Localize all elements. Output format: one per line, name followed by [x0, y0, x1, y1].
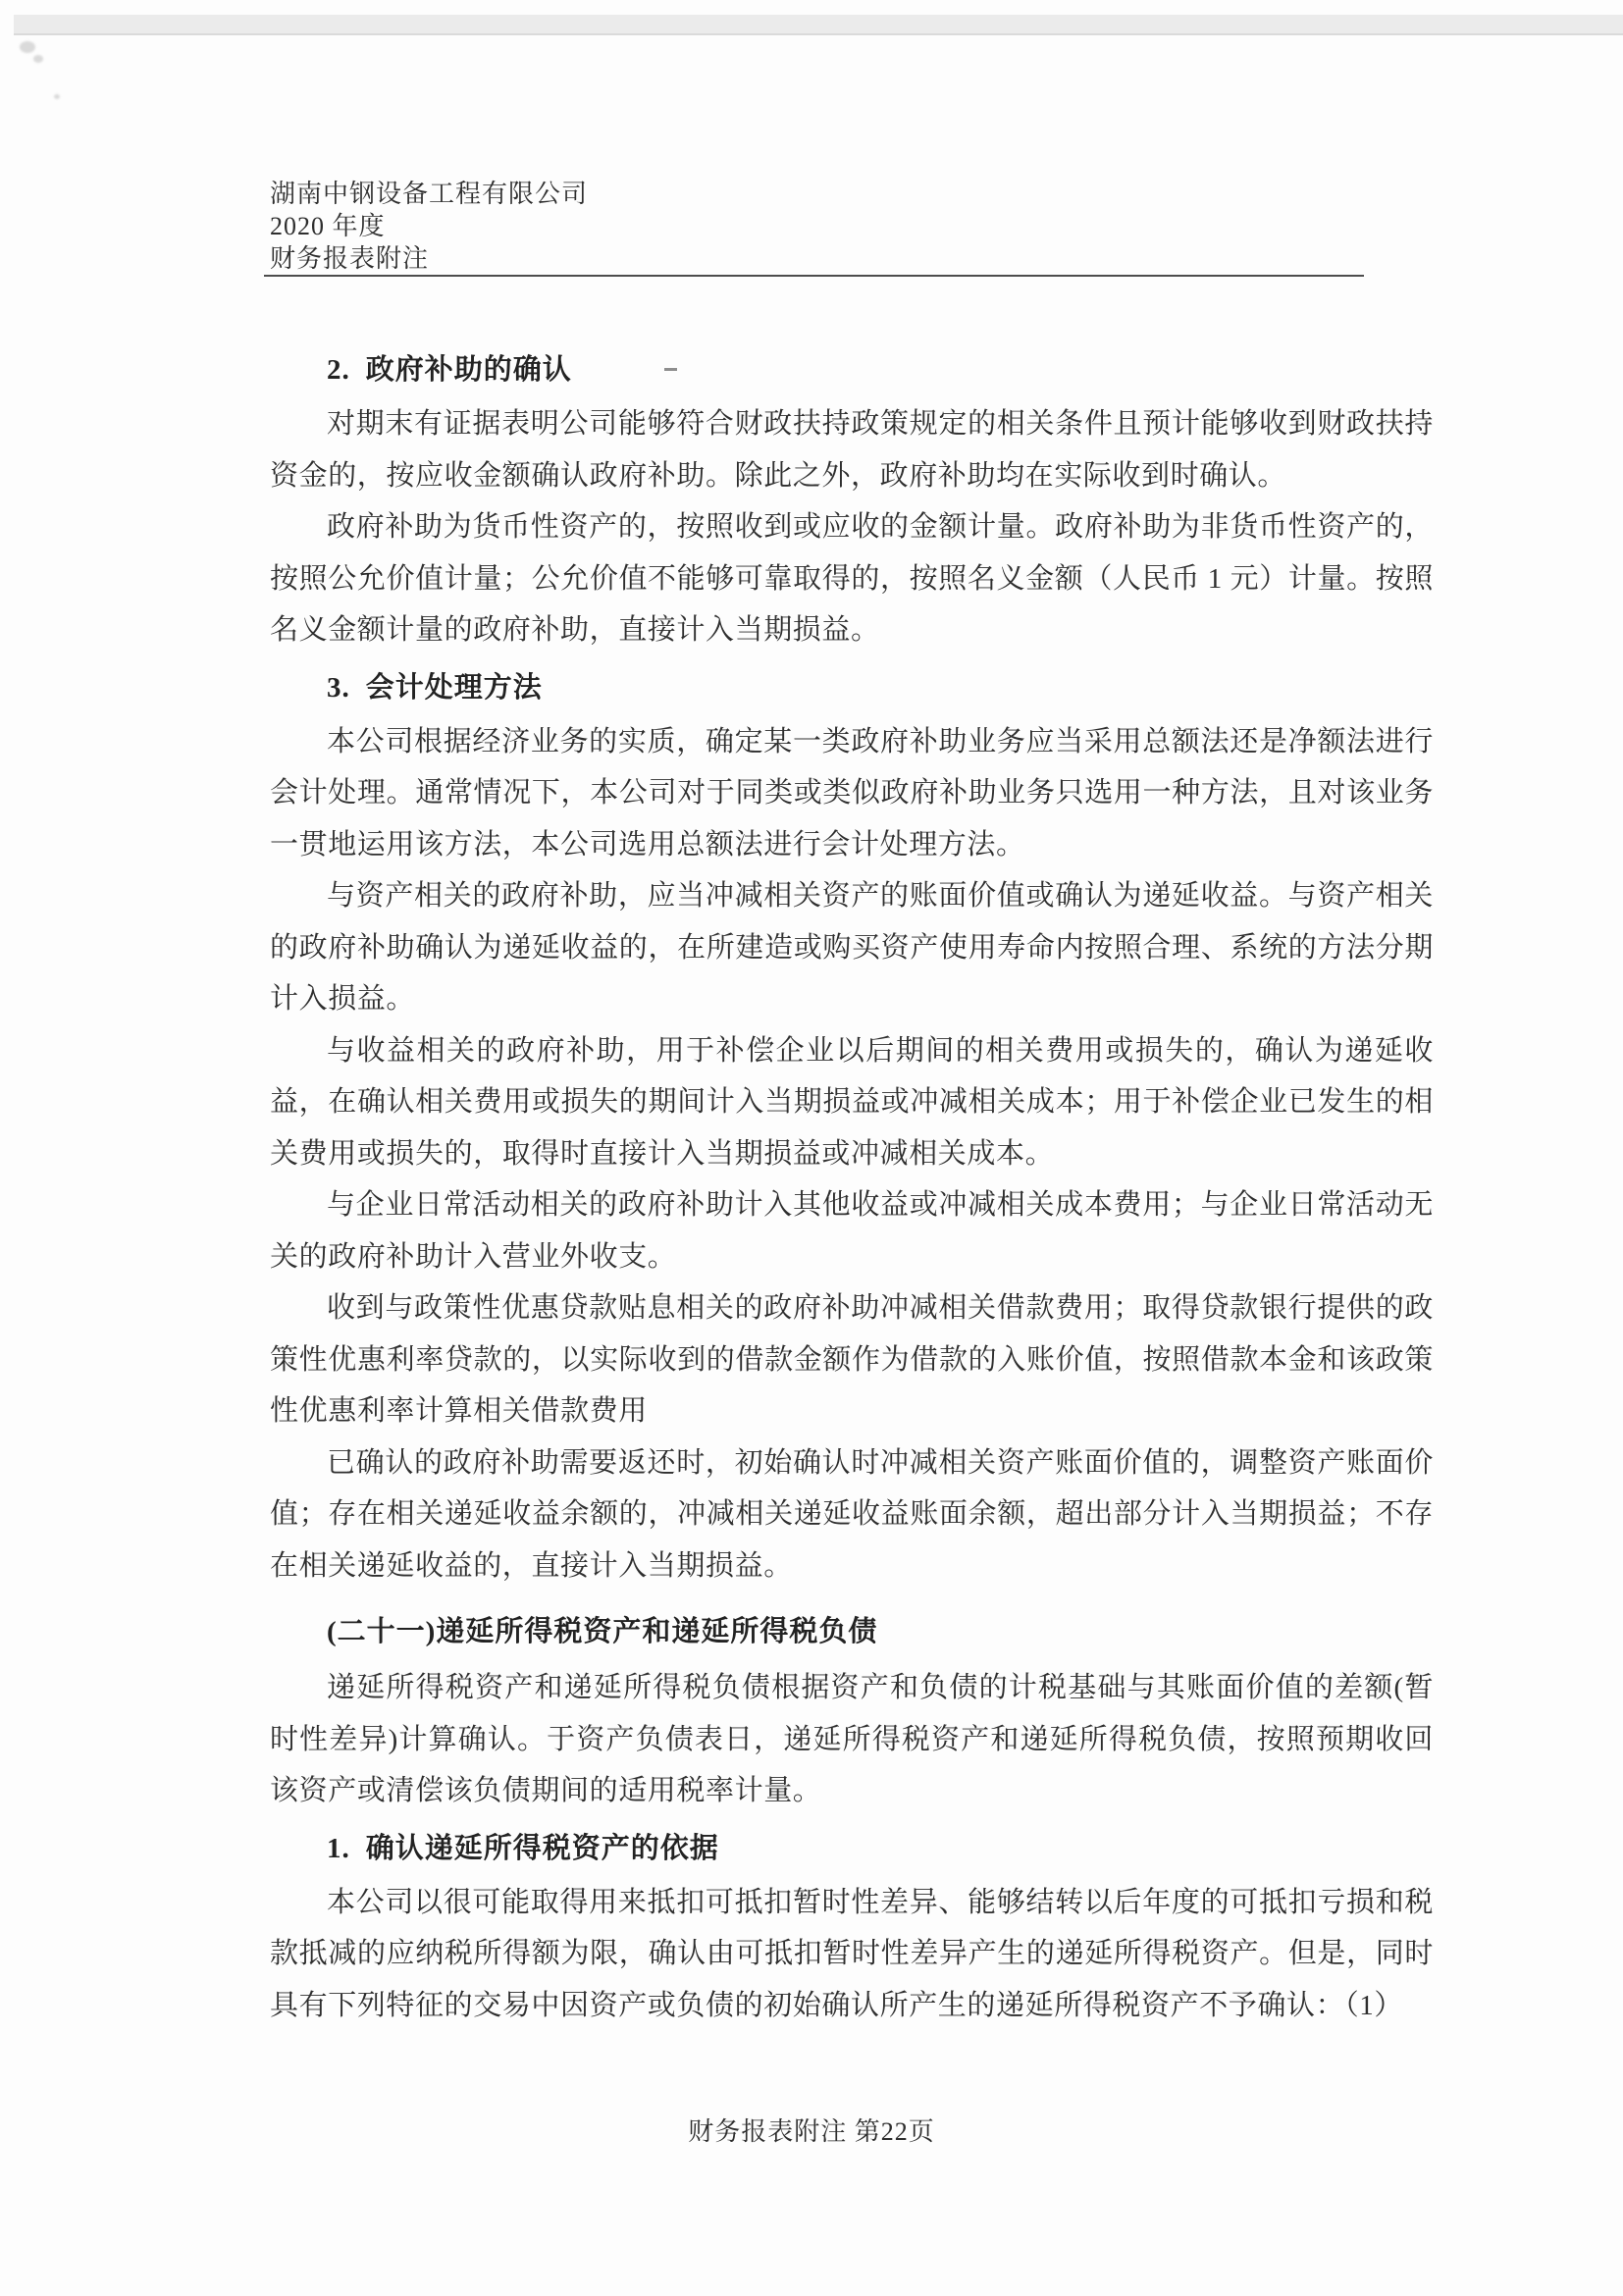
scan-speckle [20, 41, 35, 53]
section-heading-government-subsidy-recognition: 2.政府补助的确认 [270, 344, 1434, 396]
section-title: 政府补助的确认 [366, 354, 572, 386]
paragraph: 与收益相关的政府补助，用于补偿企业以后期间的相关费用或损失的，确认为递延收益，在… [270, 1025, 1434, 1180]
company-name: 湖南中钢设备工程有限公司 [270, 178, 588, 210]
header-divider-line [264, 275, 1364, 277]
section-number: 1. [327, 1833, 350, 1864]
section-heading-deferred-tax-asset-basis: 1.确认递延所得税资产的依据 [270, 1823, 1434, 1875]
scan-artifact-band [14, 15, 1623, 35]
paragraph: 递延所得税资产和递延所得税负债根据资产和负债的计税基础与其账面价值的差额(暂时性… [270, 1662, 1434, 1817]
paragraph: 本公司以很可能取得用来抵扣可抵扣暂时性差异、能够结转以后年度的可抵扣亏损和税款抵… [270, 1877, 1434, 2032]
section-title: 确认递延所得税资产的依据 [366, 1833, 719, 1864]
page-footer: 财务报表附注 第22页 [0, 2112, 1623, 2148]
paragraph: 本公司根据经济业务的实质，确定某一类政府补助业务应当采用总额法还是净额法进行会计… [270, 716, 1434, 871]
paragraph: 收到与政策性优惠贷款贴息相关的政府补助冲减相关借款费用；取得贷款银行提供的政策性… [270, 1282, 1434, 1437]
document-body: 2.政府补助的确认 对期末有证据表明公司能够符合财政扶持政策规定的相关条件且预计… [270, 339, 1434, 2031]
document-title: 财务报表附注 [270, 242, 588, 275]
paragraph: 与资产相关的政府补助，应当冲减相关资产的账面价值或确认为递延收益。与资产相关的政… [270, 870, 1434, 1025]
paragraph: 对期末有证据表明公司能够符合财政扶持政策规定的相关条件且预计能够收到财政扶持资金… [270, 398, 1434, 501]
paragraph: 政府补助为货币性资产的，按照收到或应收的金额计量。政府补助为非货币性资产的，按照… [270, 501, 1434, 656]
section-heading-accounting-treatment: 3.会计处理方法 [270, 662, 1434, 714]
section-title: 会计处理方法 [366, 672, 543, 704]
scan-artifact-dash [664, 368, 677, 371]
scan-speckle [54, 94, 60, 99]
fiscal-year: 2020 年度 [270, 210, 588, 242]
paragraph: 与企业日常活动相关的政府补助计入其他收益或冲减相关成本费用；与企业日常活动无关的… [270, 1179, 1434, 1282]
scan-speckle [33, 55, 43, 63]
section-heading-deferred-tax: (二十一)递延所得税资产和递延所得税负债 [270, 1606, 1434, 1658]
document-header: 湖南中钢设备工程有限公司 2020 年度 财务报表附注 [270, 178, 588, 275]
section-number: 3. [327, 672, 350, 704]
paragraph: 已确认的政府补助需要返还时，初始确认时冲减相关资产账面价值的，调整资产账面价值；… [270, 1437, 1434, 1592]
section-number: 2. [327, 354, 350, 386]
document-page: 湖南中钢设备工程有限公司 2020 年度 财务报表附注 2.政府补助的确认 对期… [0, 0, 1623, 2296]
